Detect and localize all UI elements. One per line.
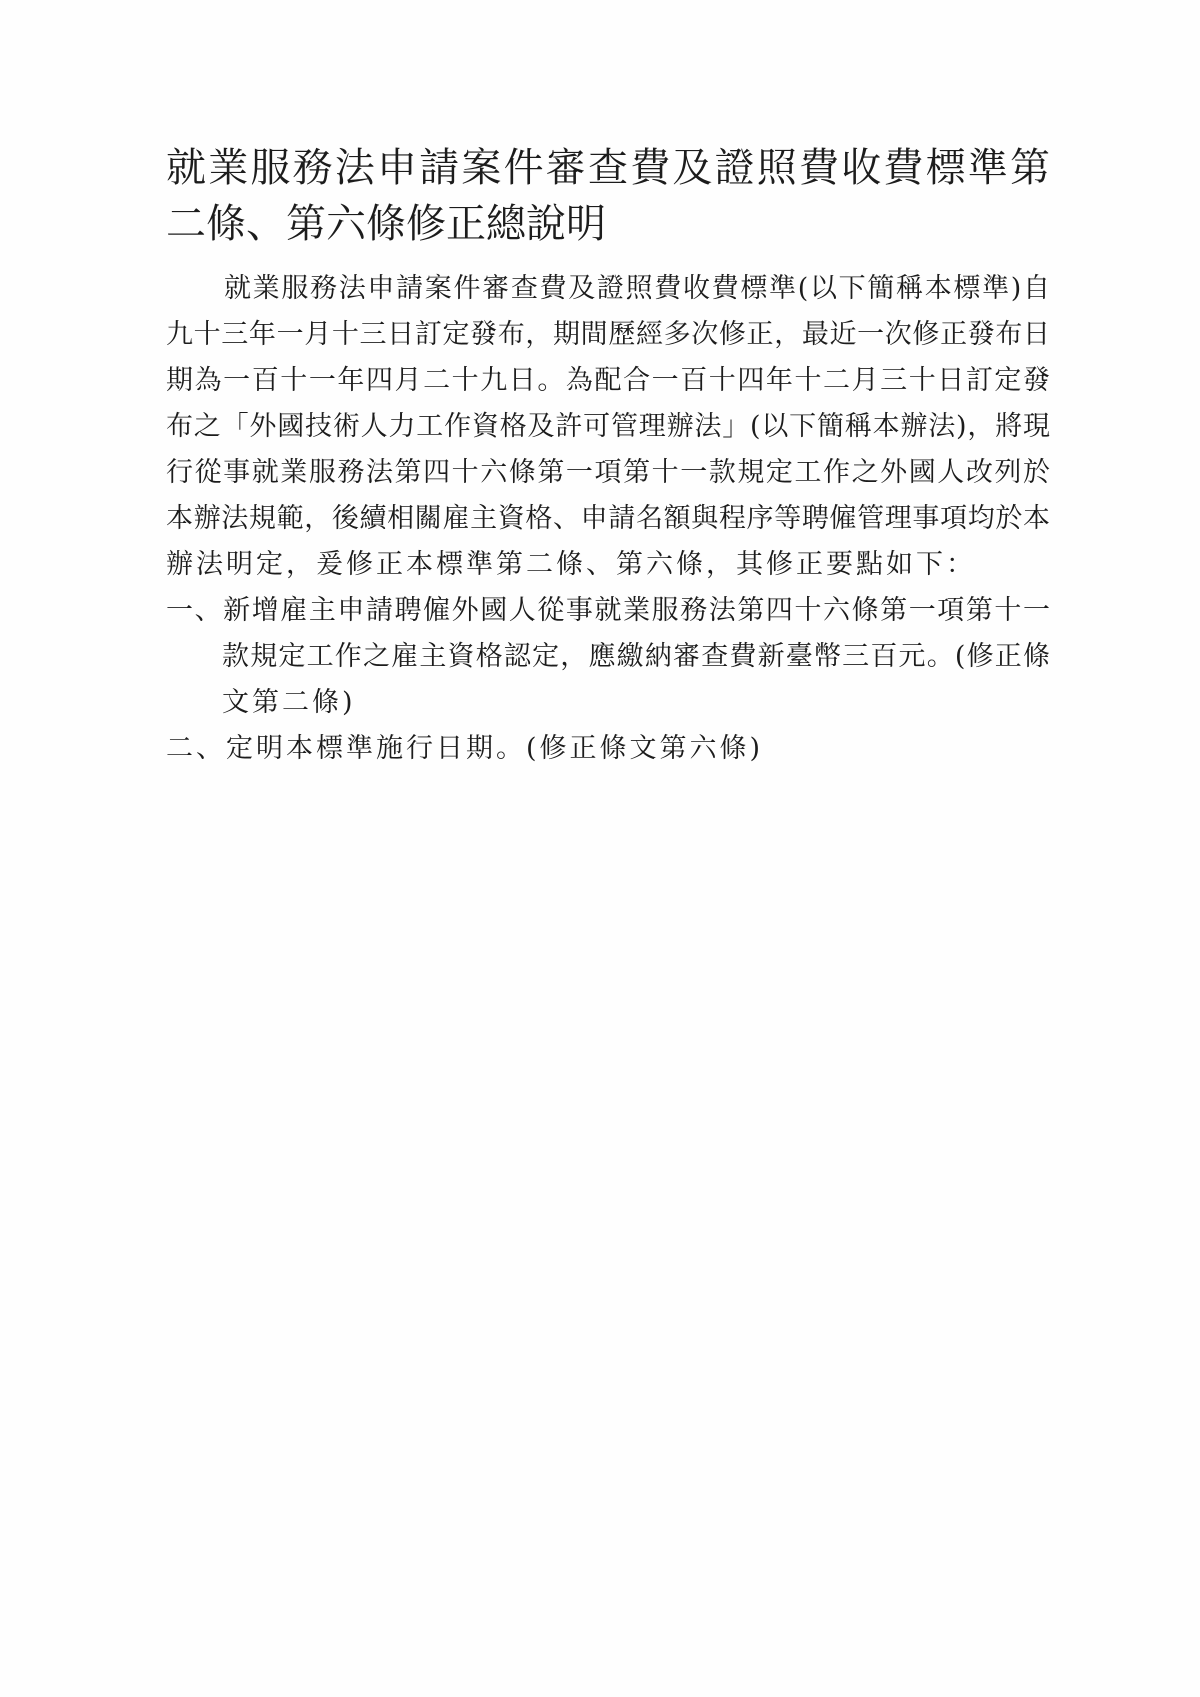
list-item-1: 一、新增雇主申請聘僱外國人從事就業服務法第四十六條第一項第十一 款規定工作之雇主… xyxy=(166,588,1050,726)
document-body: 就業服務法申請案件審查費及證照費收費標準(以下簡稱本標準)自 九十三年一月十三日… xyxy=(166,266,1050,772)
list-item-line: 款規定工作之雇主資格認定，應繳納審查費新臺幣三百元。(修正條 xyxy=(166,634,1050,680)
paragraph-line: 行從事就業服務法第四十六條第一項第十一款規定工作之外國人改列於 xyxy=(166,450,1050,496)
list-item-line: 文第二條) xyxy=(166,680,1050,726)
list-item-2: 二、定明本標準施行日期。(修正條文第六條) xyxy=(166,726,1050,772)
paragraph-line: 本辦法規範，後續相關雇主資格、申請名額與程序等聘僱管理事項均於本 xyxy=(166,496,1050,542)
title-line: 就業服務法申請案件審查費及證照費收費標準第 xyxy=(166,140,1050,196)
paragraph-line: 期為一百十一年四月二十九日。為配合一百十四年十二月三十日訂定發 xyxy=(166,358,1050,404)
document-content: 就業服務法申請案件審查費及證照費收費標準第 二條、第六條修正總說明 就業服務法申… xyxy=(166,140,1050,772)
main-paragraph: 就業服務法申請案件審查費及證照費收費標準(以下簡稱本標準)自 九十三年一月十三日… xyxy=(166,266,1050,588)
document-page: 就業服務法申請案件審查費及證照費收費標準第 二條、第六條修正總說明 就業服務法申… xyxy=(0,0,1200,1697)
list-item-line: 二、定明本標準施行日期。(修正條文第六條) xyxy=(166,726,1050,772)
list-item-line: 一、新增雇主申請聘僱外國人從事就業服務法第四十六條第一項第十一 xyxy=(166,588,1050,634)
paragraph-line: 布之「外國技術人力工作資格及許可管理辦法」(以下簡稱本辦法)，將現 xyxy=(166,404,1050,450)
paragraph-line: 辦法明定，爰修正本標準第二條、第六條，其修正要點如下： xyxy=(166,542,1050,588)
paragraph-line: 九十三年一月十三日訂定發布，期間歷經多次修正，最近一次修正發布日 xyxy=(166,312,1050,358)
title-line: 二條、第六條修正總說明 xyxy=(166,196,1050,252)
paragraph-line: 就業服務法申請案件審查費及證照費收費標準(以下簡稱本標準)自 xyxy=(166,266,1050,312)
document-title: 就業服務法申請案件審查費及證照費收費標準第 二條、第六條修正總說明 xyxy=(166,140,1050,252)
